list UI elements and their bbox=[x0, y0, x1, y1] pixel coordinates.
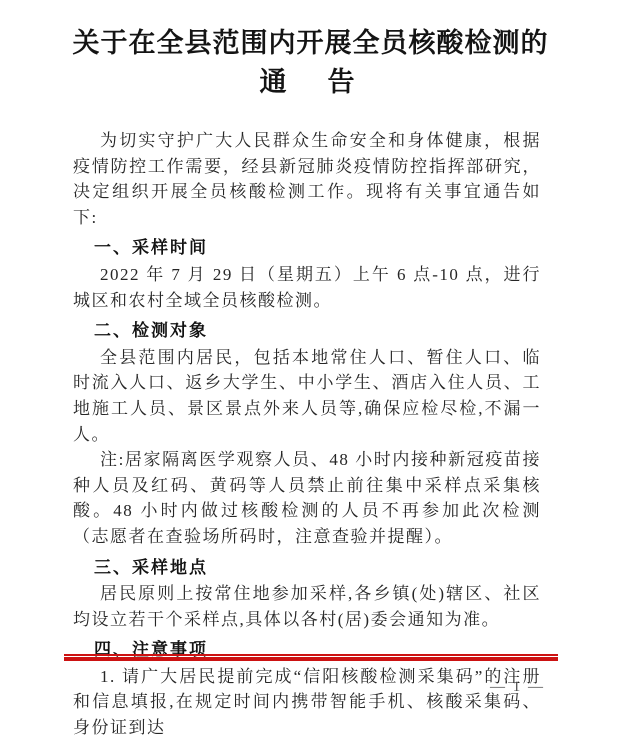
document-body: 为切实守护广大人民群众生命安全和身体健康，根据疫情防控工作需要，经县新冠肺炎疫情… bbox=[73, 128, 541, 737]
section-heading-2: 二、检测对象 bbox=[73, 318, 541, 344]
section-heading-3: 三、采样地点 bbox=[73, 555, 541, 581]
paragraph-precautions: 1. 请广大居民提前完成“信阳核酸检测采集码”的注册和信息填报,在规定时间内携带… bbox=[73, 664, 541, 737]
title-line-2: 通 告 bbox=[0, 63, 621, 102]
paragraph-sampling-sites: 居民原则上按常住地参加采样,各乡镇(处)辖区、社区均设立若干个采样点,具体以各村… bbox=[73, 581, 541, 632]
page-number: — 1 — bbox=[490, 679, 545, 696]
document-page: 关于在全县范围内开展全员核酸检测的 通 告 为切实守护广大人民群众生命安全和身体… bbox=[0, 0, 621, 737]
title-line-1: 关于在全县范围内开展全员核酸检测的 bbox=[0, 24, 621, 63]
footer-separator bbox=[64, 654, 558, 661]
paragraph-test-targets: 全县范围内居民，包括本地常住人口、暂住人口、临时流入人口、返乡大学生、中小学生、… bbox=[73, 345, 541, 447]
section-heading-1: 一、采样时间 bbox=[73, 235, 541, 261]
footer-separator-thick-line bbox=[64, 657, 558, 661]
document-title: 关于在全县范围内开展全员核酸检测的 通 告 bbox=[0, 0, 621, 102]
footer-separator-thin-line bbox=[64, 654, 558, 656]
paragraph-note: 注:居家隔离医学观察人员、48 小时内接种新冠疫苗接种人员及红码、黄码等人员禁止… bbox=[73, 447, 541, 549]
paragraph-sampling-time: 2022 年 7 月 29 日（星期五）上午 6 点-10 点，进行城区和农村全… bbox=[73, 262, 541, 313]
paragraph-intro: 为切实守护广大人民群众生命安全和身体健康，根据疫情防控工作需要，经县新冠肺炎疫情… bbox=[73, 128, 541, 230]
